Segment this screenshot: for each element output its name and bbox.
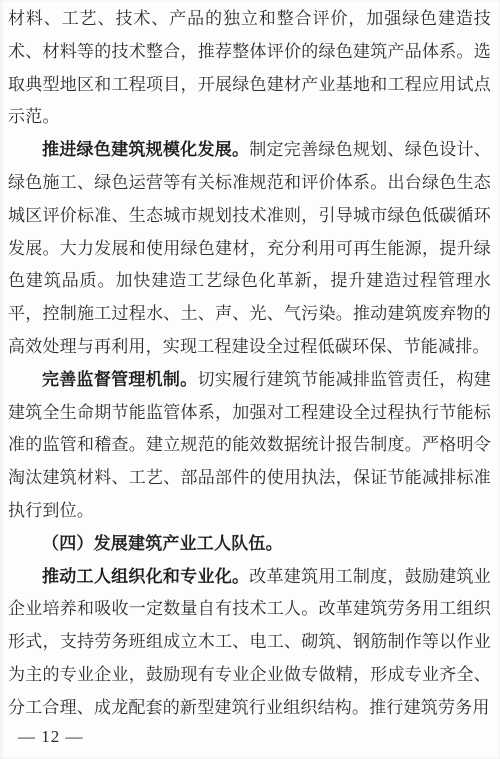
paragraph-supervision-mechanism: 完善监督管理机制。切实履行建筑节能减排监管责任，构建建筑全生命期节能监管体系，加… [8,364,491,528]
page-number-text: — 12 — [18,727,84,746]
section-heading-four: （四）发展建筑产业工人队伍。 [8,528,491,561]
paragraph-bold-lead: 推进绿色建筑规模化发展。 [42,140,249,159]
paragraph-text: 切实履行建筑节能减排监管责任，构建建筑全生命期节能监管体系，加强对工程建设全过程… [8,370,491,520]
paragraph-text: 材料、工艺、技术、产品的独立和整合评价，加强绿色建造技术、材料等的技术整合，推荐… [8,9,491,126]
paragraph-bold-lead: 推动工人组织化和专业化。 [42,567,249,586]
paragraph-green-building-scale: 推进绿色建筑规模化发展。制定完善绿色规划、绿色设计、绿色施工、绿色运营等有关标准… [8,134,491,364]
section-heading-text: （四）发展建筑产业工人队伍。 [42,534,283,553]
document-body: 材料、工艺、技术、产品的独立和整合评价，加强绿色建造技术、材料等的技术整合，推荐… [8,3,491,725]
document-page: 材料、工艺、技术、产品的独立和整合评价，加强绿色建造技术、材料等的技术整合，推荐… [0,0,500,759]
paragraph-continuation: 材料、工艺、技术、产品的独立和整合评价，加强绿色建造技术、材料等的技术整合，推荐… [8,3,491,134]
paragraph-worker-professionalization: 推动工人组织化和专业化。改革建筑用工制度，鼓励建筑业企业培养和吸收一定数量自有技… [8,561,491,725]
paragraph-bold-lead: 完善监督管理机制。 [42,370,197,389]
paragraph-text: 改革建筑用工制度，鼓励建筑业企业培养和吸收一定数量自有技术工人。改革建筑劳务用工… [8,567,491,717]
page-number: — 12 — [18,727,84,747]
paragraph-text: 制定完善绿色规划、绿色设计、绿色施工、绿色运营等有关标准规范和评价体系。出台绿色… [8,140,491,356]
